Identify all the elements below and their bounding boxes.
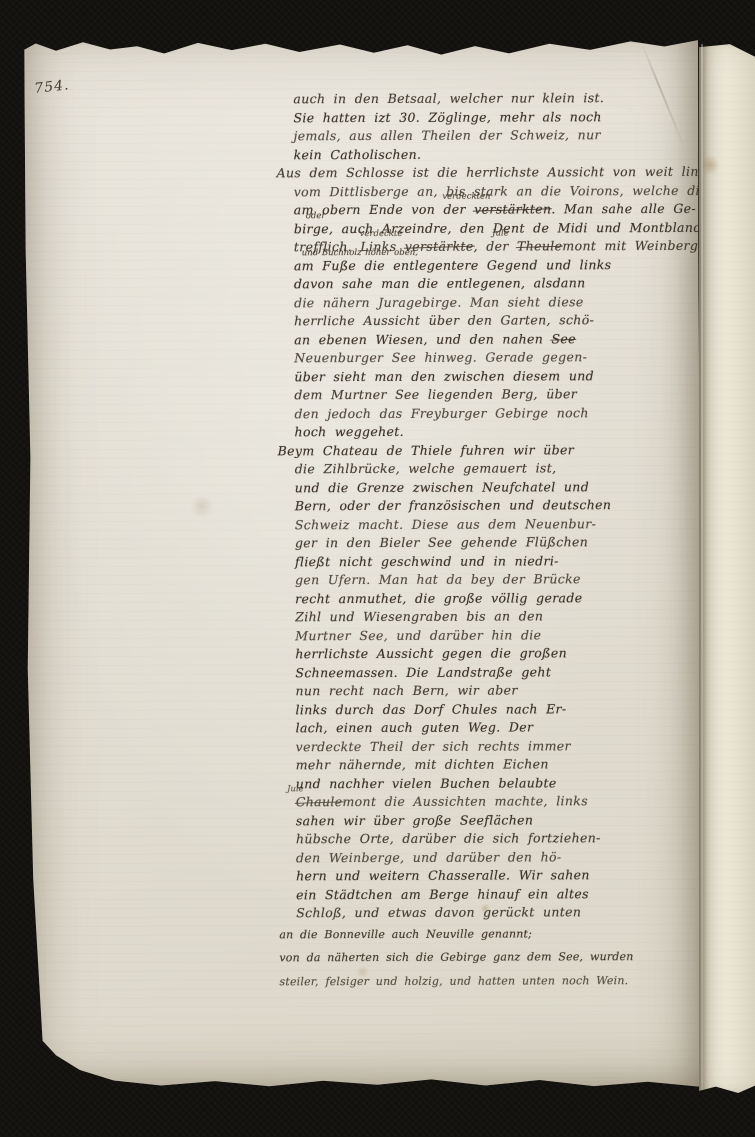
manuscript-line: am Fuße die entlegentere Gegend und link… [277, 255, 691, 275]
manuscript-line: an ebenen Wiesen, und den nahen See [277, 329, 691, 349]
interlinear-insertion: verdeckte [360, 230, 403, 239]
manuscript-line: davon sahe man die entlegenen, alsdann [277, 274, 691, 294]
facing-page-edge [699, 42, 755, 1094]
manuscript-line: sahen wir über große Seeflächen [279, 810, 693, 830]
manuscript-line: lach, einen auch guten Weg. Der [279, 718, 693, 738]
manuscript-line: fließt nicht geschwind und in niedri- [278, 551, 692, 571]
scanned-manuscript-photo: 754. auch in den Betsaal, welcher nur kl… [0, 0, 755, 1137]
manuscript-line: birge, auch Arzeindre, den Dent de Midi … [277, 218, 691, 238]
manuscript-line: hübsche Orte, darüber die sich fortziehe… [279, 829, 693, 849]
manuscript-line: Murtner See, und darüber hin die [278, 625, 692, 645]
manuscript-line: gen Ufern. Man hat da bey der Brücke [278, 570, 692, 590]
interlinear-insertion: Jule [287, 785, 304, 794]
manuscript-line: Beym Chateau de Thiele fuhren wir über [278, 440, 692, 460]
manuscript-line: Zihl und Wiesengraben bis an den [278, 607, 692, 627]
manuscript-line: hoch weggehet. [278, 422, 692, 442]
manuscript-line: links durch das Dorf Chules nach Er- [278, 699, 692, 719]
manuscript-line: Aus dem Schlosse ist die herrlichste Aus… [277, 163, 691, 183]
manuscript-line: von da näherten sich die Gebirge ganz de… [279, 945, 693, 970]
struck-word: verstärkten [474, 201, 551, 216]
manuscript-line: herrlichste Aussicht gegen die großen [278, 644, 692, 664]
manuscript-text: auch in den Betsaal, welcher nur klein i… [276, 89, 693, 993]
interlinear-insertion: verdeckten [442, 193, 490, 202]
manuscript-line: und die Grenze zwischen Neufchatel und [278, 477, 692, 497]
manuscript-line: mehr nähernde, mit dichten Eichen [279, 755, 693, 775]
manuscript-line: verdeckte Theil der sich rechts immer [279, 736, 693, 756]
manuscript-line: herrliche Aussicht über den Garten, schö… [277, 311, 691, 331]
interlinear-insertion: oder [306, 212, 326, 221]
manuscript-page: 754. auch in den Betsaal, welcher nur kl… [22, 35, 702, 1089]
manuscript-line: auch in den Betsaal, welcher nur klein i… [276, 89, 690, 109]
manuscript-line: an die Bonneville auch Neuville genannt; [279, 921, 693, 946]
stain [701, 154, 719, 176]
manuscript-line: nun recht nach Bern, wir aber [278, 681, 692, 701]
manuscript-line: am obern Ende von der verstärkten. Man s… [277, 200, 691, 220]
manuscript-line: jemals, aus allen Theilen der Schweiz, n… [276, 126, 690, 146]
struck-word: Theule [517, 238, 562, 253]
manuscript-line: die nähern Juragebirge. Man sieht diese [277, 292, 691, 312]
manuscript-line: ein Städtchen am Berge hinauf ein altes [279, 884, 693, 904]
manuscript-line: Schloß, und etwas davon gerückt unten [279, 903, 693, 923]
struck-word: Chaule [296, 794, 343, 809]
struck-word: See [551, 331, 575, 346]
interlinear-insertion: Jule [492, 229, 509, 238]
manuscript-line: kein Catholischen. [277, 144, 691, 164]
manuscript-line: und nachher vielen Buchen belaubte [279, 773, 693, 793]
manuscript-line: Schweiz macht. Diese aus dem Neuenbur- [278, 514, 692, 534]
manuscript-line: Sie hatten izt 30. Zöglinge, mehr als no… [276, 107, 690, 127]
binding-crease [701, 44, 703, 1090]
manuscript-line: dem Murtner See liegenden Berg, über [277, 385, 691, 405]
manuscript-line: steiler, felsiger und holzig, und hatten… [279, 968, 693, 993]
stain [189, 497, 215, 517]
manuscript-line: ger in den Bieler See gehende Flüßchen [278, 533, 692, 553]
manuscript-line: Chaulemont die Aussichten machte, linksJ… [279, 792, 693, 812]
manuscript-line: über sieht man den zwischen diesem und [277, 366, 691, 386]
manuscript-line: Schneemassen. Die Landstraße geht [278, 662, 692, 682]
manuscript-line: den jedoch das Freyburger Gebirge noch [277, 403, 691, 423]
manuscript-line: Neuenburger See hinweg. Gerade gegen- [277, 348, 691, 368]
manuscript-line: die Zihlbrücke, welche gemauert ist, [278, 459, 692, 479]
interlinear-insertion: und Buchholz höher oben, [302, 248, 418, 257]
manuscript-line: den Weinberge, und darüber den hö- [279, 847, 693, 867]
manuscript-line: hern und weitern Chasseralle. Wir sahen [279, 866, 693, 886]
manuscript-line: recht anmuthet, die große völlig gerade [278, 588, 692, 608]
manuscript-line: Bern, oder der französischen und deutsch… [278, 496, 692, 516]
page-number: 754. [34, 77, 71, 97]
